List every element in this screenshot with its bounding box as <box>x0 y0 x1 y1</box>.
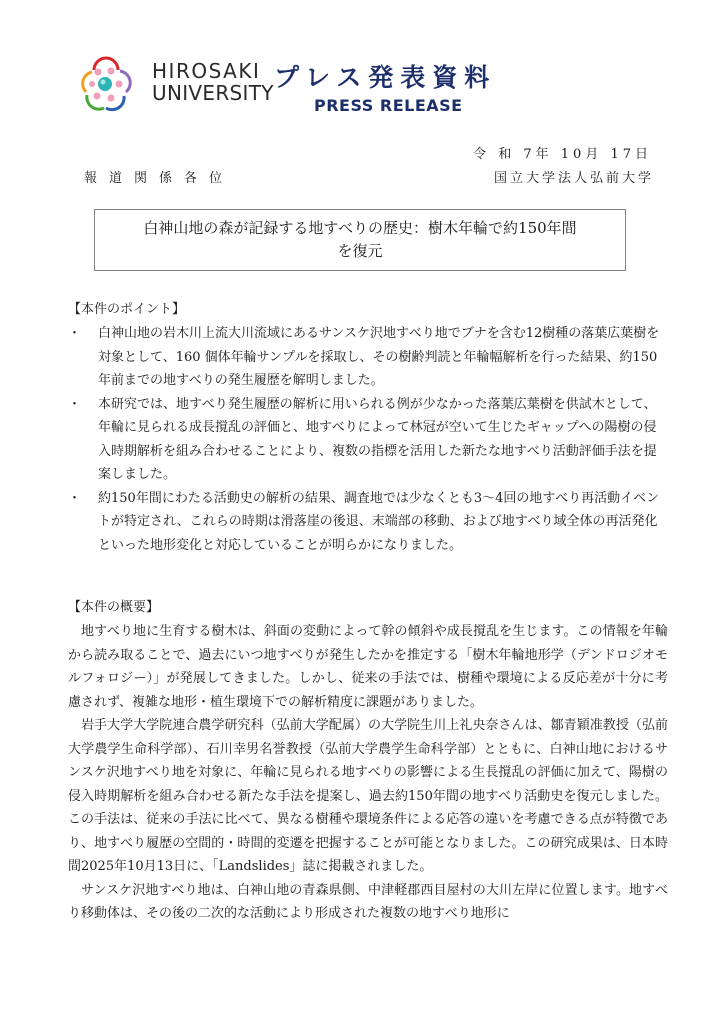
recipient: 報道関係各位 <box>84 167 234 186</box>
overview-paragraph: 地すべり地に生育する樹木は、斜面の変動によって幹の傾斜や成長撹乱を生じます。この… <box>68 620 668 714</box>
document-title-box: 白神山地の森が記録する地すべりの歴史：樹木年輪で約150年間 を復元 <box>94 209 626 271</box>
university-name: HIROSAKI UNIVERSITY <box>152 60 274 104</box>
document-title-line1: 白神山地の森が記録する地すべりの歴史：樹木年輪で約150年間 <box>95 217 625 240</box>
overview-paragraph: 岩手大学大学院連合農学研究科（弘前大学配属）の大学院生川上礼央奈さんは、鄒青穎准… <box>68 714 668 879</box>
hirosaki-logo-icon <box>78 56 134 112</box>
university-name-line1: HIROSAKI <box>152 60 274 82</box>
bullet-icon: ・ <box>68 487 78 511</box>
point-text: 白神山地の岩木川上流大川流域にあるサンスケ沢地すべり地でブナを含む12樹種の落葉… <box>98 326 659 388</box>
overview-heading: 【本件の概要】 <box>68 596 159 615</box>
issuer: 国立大学法人弘前大学 <box>494 167 654 186</box>
point-text: 約150年間にわたる活動史の解析の結果、調査地では少なくとも3～4回の地すべり再… <box>98 491 659 553</box>
bullet-icon: ・ <box>68 322 78 346</box>
press-title-en: PRESS RELEASE <box>314 96 463 115</box>
point-text: 本研究では、地すべり発生履歴の解析に用いられる例が少なかった落葉広葉樹を供試木と… <box>98 397 657 483</box>
points-list: ・ 白神山地の岩木川上流大川流域にあるサンスケ沢地すべり地でブナを含む12樹種の… <box>68 322 668 557</box>
points-heading: 【本件のポイント】 <box>68 298 185 317</box>
overview-body: 地すべり地に生育する樹木は、斜面の変動によって幹の傾斜や成長撹乱を生じます。この… <box>68 620 668 926</box>
overview-paragraph: サンスケ沢地すべり地は、白神山地の青森県側、中津軽郡西目屋村の大川左岸に位置しま… <box>68 879 668 926</box>
document-title-line2: を復元 <box>95 240 625 263</box>
university-name-line2: UNIVERSITY <box>152 82 274 104</box>
press-title-jp: プレス発表資料 <box>274 58 496 94</box>
press-release-header: HIROSAKI UNIVERSITY プレス発表資料 PRESS RELEAS… <box>74 52 534 122</box>
release-date: 令 和 7年 10月 17日 <box>473 143 652 162</box>
bullet-icon: ・ <box>68 393 78 417</box>
point-item: ・ 本研究では、地すべり発生履歴の解析に用いられる例が少なかった落葉広葉樹を供試… <box>68 393 668 487</box>
point-item: ・ 白神山地の岩木川上流大川流域にあるサンスケ沢地すべり地でブナを含む12樹種の… <box>68 322 668 393</box>
point-item: ・ 約150年間にわたる活動史の解析の結果、調査地では少なくとも3～4回の地すべ… <box>68 487 668 558</box>
